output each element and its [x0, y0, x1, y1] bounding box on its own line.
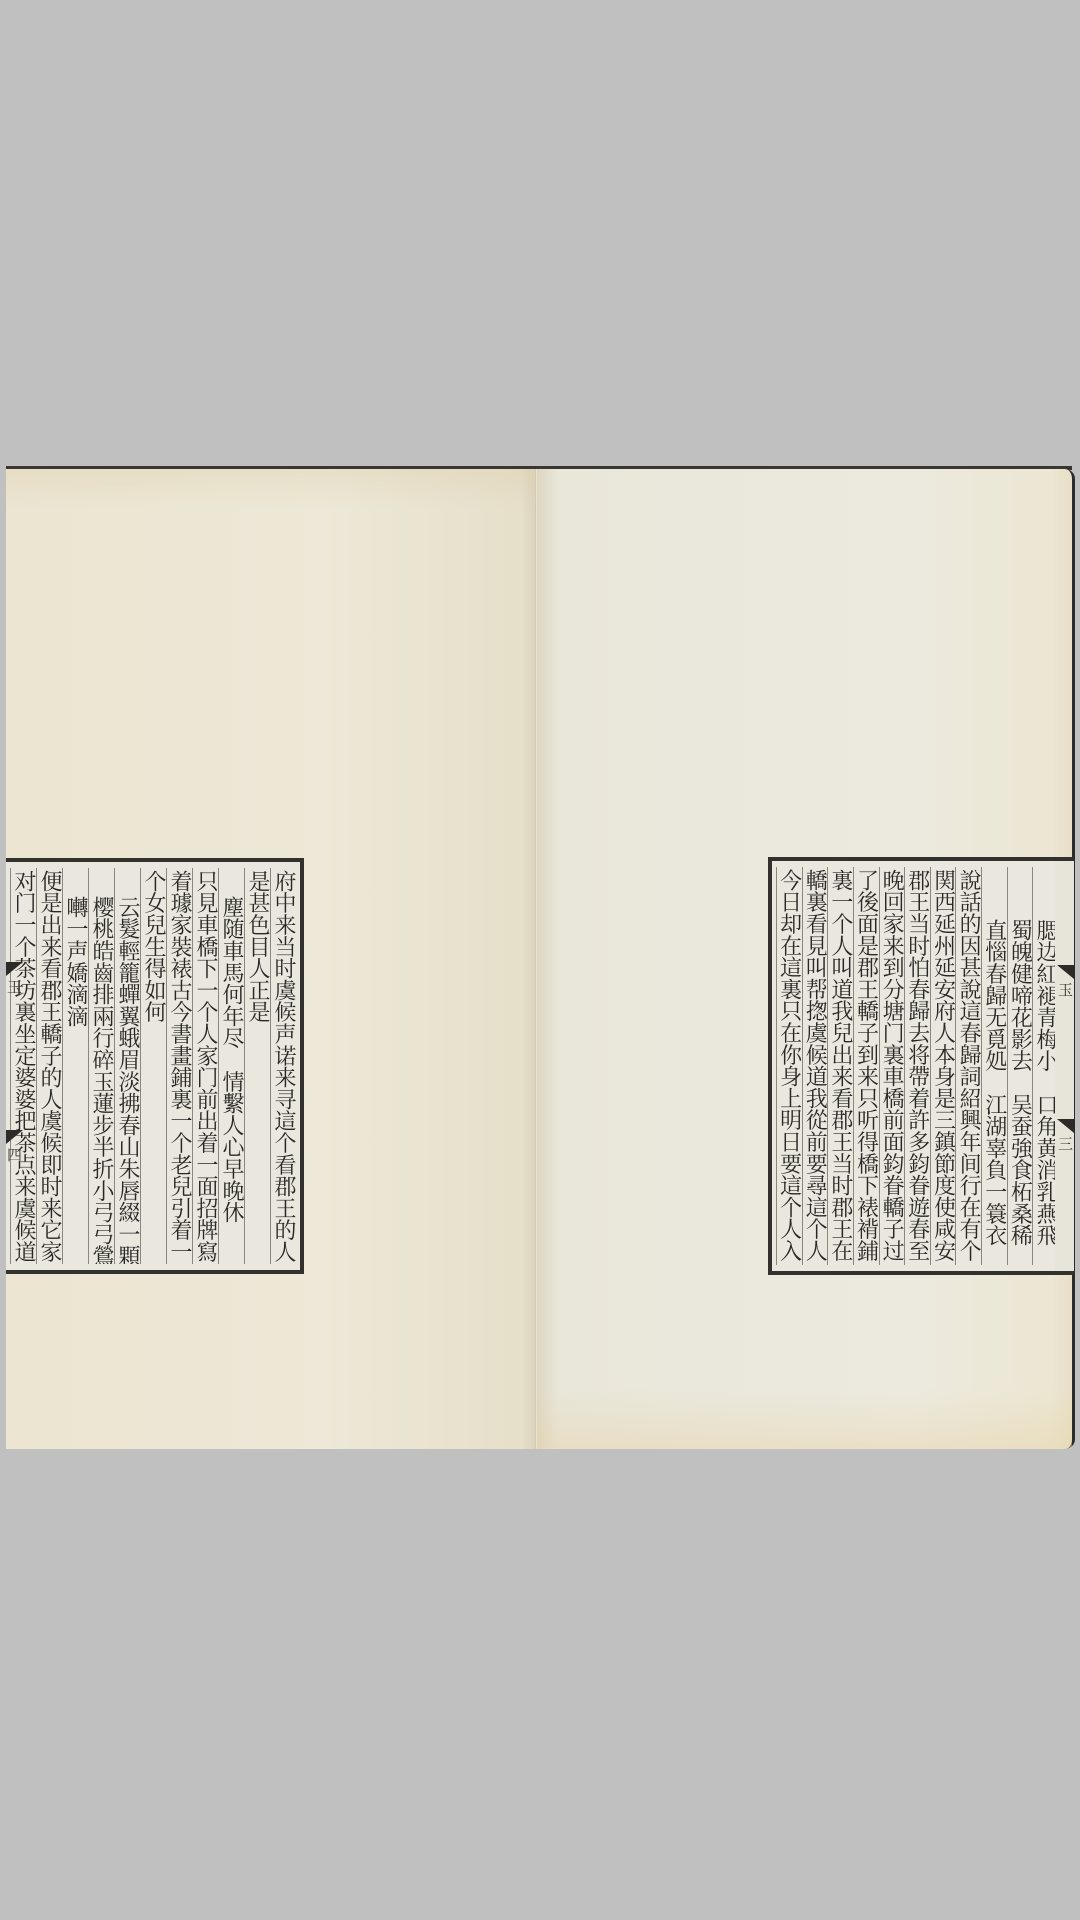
text-column: 是甚色目人正是	[244, 868, 270, 1264]
text-column: 个女兒生得如何	[140, 868, 166, 1264]
right-page: 腮边紅褪青梅小 口角黄消乳燕飛 蜀魄健啼花影去 吴蚕強食柘桑稀 直惱春歸无覓処 …	[537, 469, 1075, 1449]
text-column: 了後面是郡王轎子到来只听得橋下裱褙鋪	[853, 867, 879, 1265]
right-columns: 腮边紅褪青梅小 口角黄消乳燕飛 蜀魄健啼花影去 吴蚕強食柘桑稀 直惱春歸无覓処 …	[776, 867, 1058, 1265]
left-fold-strip: 玉 四	[6, 858, 20, 1274]
fold-marker-label: 玉	[6, 976, 23, 997]
text-column: 着璩家裝裱古今書畫鋪裏一个老兒引着一	[166, 868, 192, 1264]
text-column: 裏一个人叫道我兒出来看郡王当时郡王在	[827, 867, 853, 1265]
left-columns: 府中来当时虞候声诺来寻這个看郡王的人 是甚色目人正是 塵随車馬何年尽 情繫人心早…	[10, 868, 296, 1264]
text-column: 只見車橋下一个人家门前出着一面招牌寫	[192, 868, 218, 1264]
verse-column: 蜀魄健啼花影去 吴蚕強食柘桑稀	[1007, 867, 1033, 1265]
text-column: 樱桃皓齒排兩行碎玉蓮步半折小弓弓鶯	[88, 868, 114, 1264]
verse-column: 直惱春歸无覓処 江湖辜負一簑衣	[981, 867, 1007, 1265]
text-column: 府中来当时虞候声诺来寻這个看郡王的人	[270, 868, 296, 1264]
text-column: 便是出来看郡王轎子的人虞候即时来它家	[36, 868, 62, 1264]
text-column: 云髮輕籠蟬翼蛾眉淡拂春山朱唇綴一顆	[114, 868, 140, 1264]
fold-marker-label: 四	[6, 1144, 23, 1165]
left-page: 府中来当时虞候声诺来寻這个看郡王的人 是甚色目人正是 塵随車馬何年尽 情繫人心早…	[6, 469, 537, 1449]
fishtail-mark-icon	[1057, 1119, 1074, 1133]
text-column: 晚回家来到分塘门裏車橋前面鈞眷轎子过	[879, 867, 905, 1265]
text-column: 塵随車馬何年尽 情繫人心早晚休	[218, 868, 244, 1264]
text-column: 囀一声嬌滴滴	[62, 868, 88, 1264]
fold-marker-label: 三	[1057, 1133, 1074, 1154]
right-text-block: 腮边紅褪青梅小 口角黄消乳燕飛 蜀魄健啼花影去 吴蚕強食柘桑稀 直惱春歸无覓処 …	[768, 857, 1058, 1275]
fold-marker-label: 玉	[1057, 979, 1074, 1000]
right-fold-strip: 玉 三	[1055, 857, 1074, 1275]
fishtail-mark-icon	[6, 1130, 23, 1144]
text-column: 說話的因甚說這春歸詞紹興年间行在有个	[955, 867, 981, 1265]
fishtail-mark-icon	[1057, 965, 1074, 979]
open-book: 府中来当时虞候声诺来寻這个看郡王的人 是甚色目人正是 塵随車馬何年尽 情繫人心早…	[6, 469, 1072, 1449]
text-column: 今日却在這裏只在你身上明日要這个人入	[776, 867, 802, 1265]
fishtail-mark-icon	[6, 962, 23, 976]
text-column: 郡王当时怕春歸去将帶着許多鈞眷遊春至	[904, 867, 930, 1265]
left-text-block: 府中来当时虞候声诺来寻這个看郡王的人 是甚色目人正是 塵随車馬何年尽 情繫人心早…	[6, 858, 304, 1274]
text-column: 関西延州延安府人本身是三鎮節度使咸安	[930, 867, 956, 1265]
text-column: 轎裏看見叫帮揔虞候道我從前要尋這个人	[802, 867, 828, 1265]
